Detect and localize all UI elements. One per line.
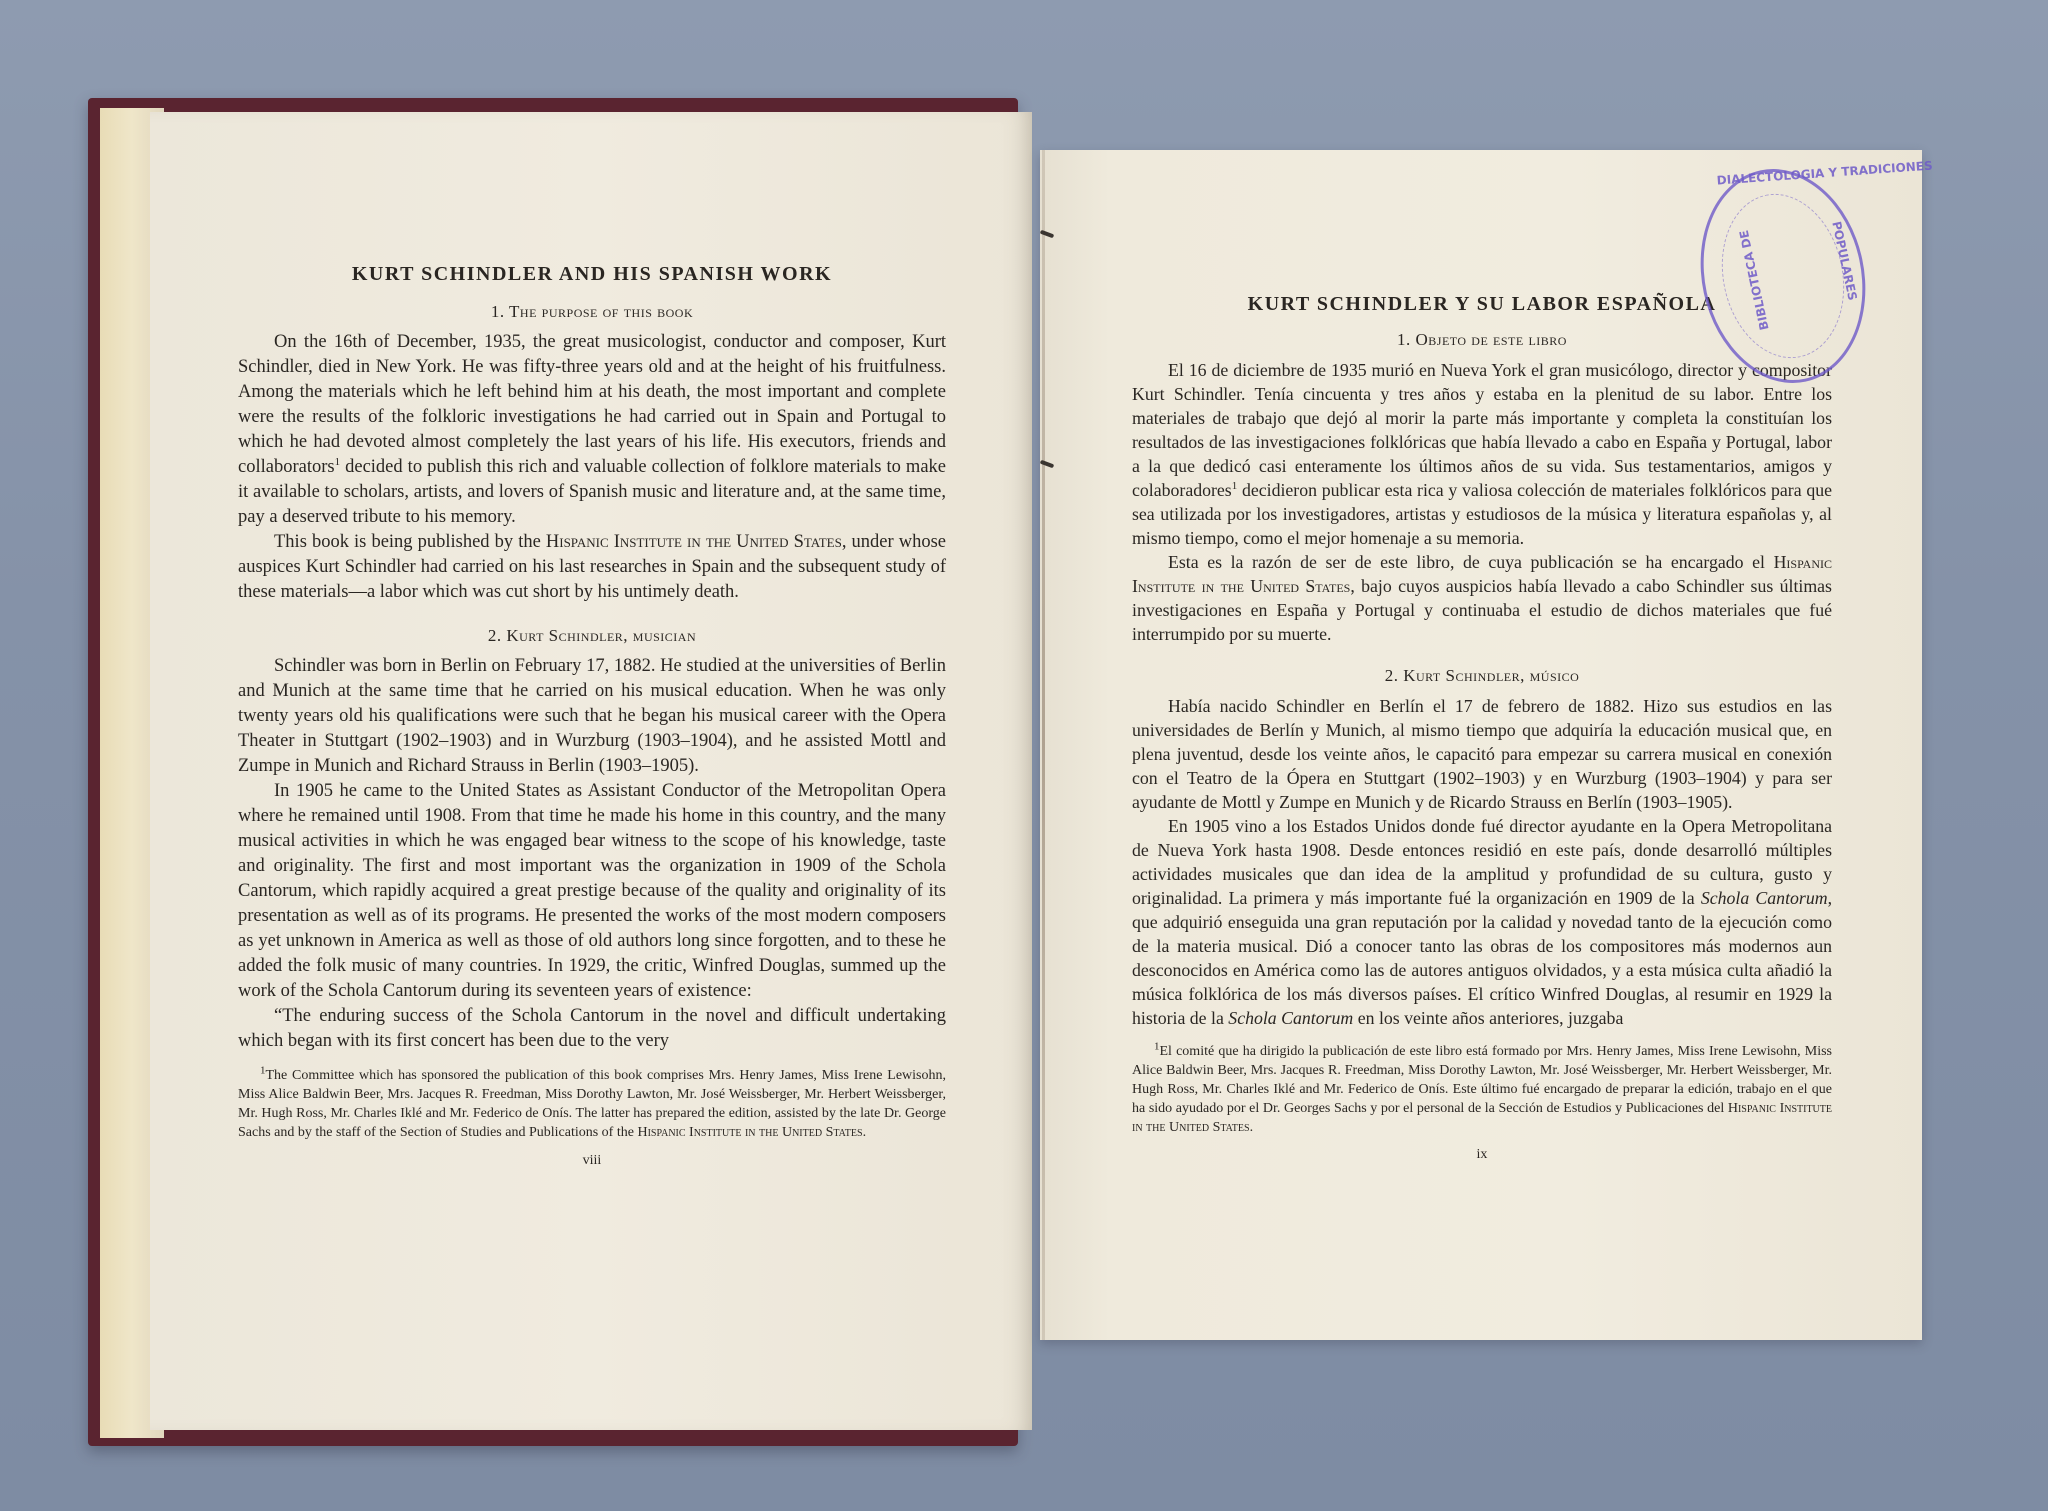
section-heading: 1. The purpose of this book: [238, 299, 946, 324]
paragraph: El 16 de diciembre de 1935 murió en Nuev…: [1132, 358, 1832, 550]
left-page-text: KURT SCHINDLER AND HIS SPANISH WORK 1. T…: [238, 262, 946, 1173]
left-page: KURT SCHINDLER AND HIS SPANISH WORK 1. T…: [150, 112, 1032, 1430]
paragraph: In 1905 he came to the United States as …: [238, 779, 946, 1004]
page-number: viii: [238, 1148, 946, 1173]
paragraph: En 1905 vino a los Estados Unidos donde …: [1132, 814, 1832, 1030]
footnote: 1El comité que ha dirigido la publicació…: [1132, 1042, 1832, 1137]
footnote: 1The Committee which has sponsored the p…: [238, 1066, 946, 1142]
paragraph: Schindler was born in Berlin on February…: [238, 654, 946, 779]
paragraph: Había nacido Schindler en Berlín el 17 d…: [1132, 694, 1832, 814]
page-title: KURT SCHINDLER AND HIS SPANISH WORK: [238, 262, 946, 287]
stamp-emblem: [1707, 182, 1859, 369]
paragraph: This book is being published by the Hisp…: [238, 530, 946, 605]
right-page-text: KURT SCHINDLER Y SU LABOR ESPAÑOLA 1. Ob…: [1132, 292, 1832, 1167]
book-spine-gutter: [1042, 150, 1045, 1340]
paragraph: “The enduring success of the Schola Cant…: [238, 1004, 946, 1054]
section-heading: 2. Kurt Schindler, músico: [1132, 664, 1832, 688]
section-heading: 2. Kurt Schindler, musician: [238, 623, 946, 648]
paragraph: Esta es la razón de ser de este libro, d…: [1132, 550, 1832, 646]
paragraph: On the 16th of December, 1935, the great…: [238, 330, 946, 530]
page-number: ix: [1132, 1143, 1832, 1167]
